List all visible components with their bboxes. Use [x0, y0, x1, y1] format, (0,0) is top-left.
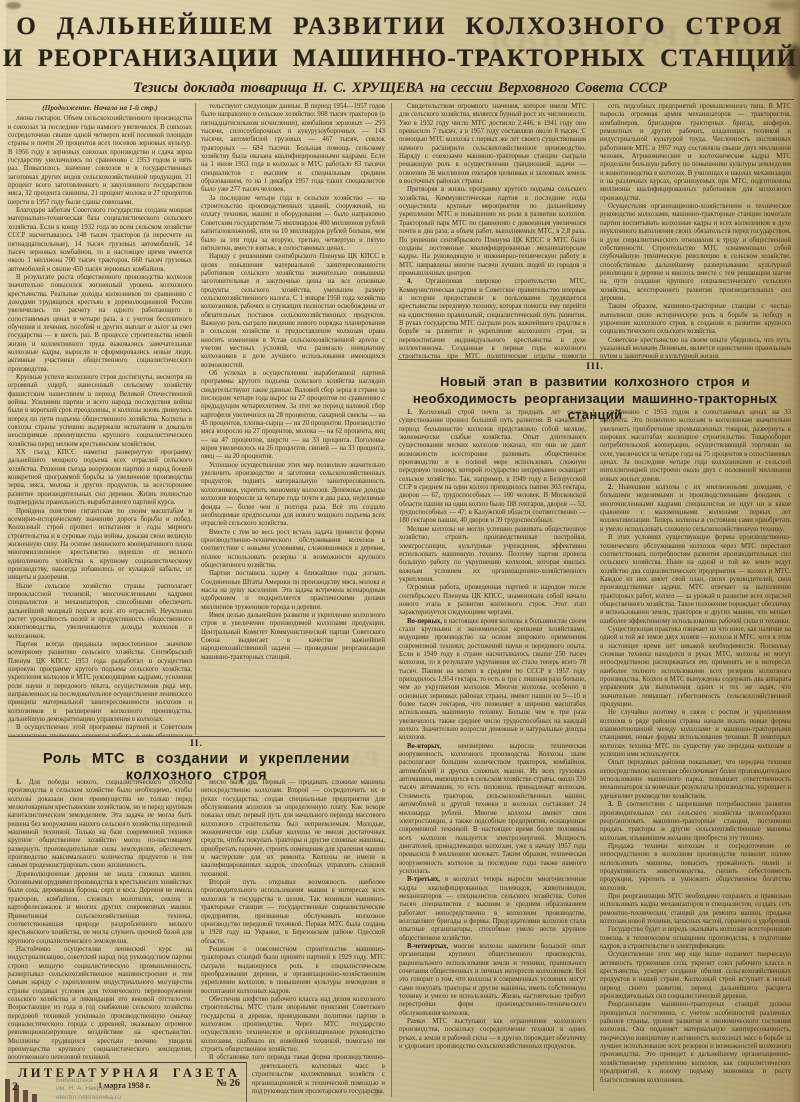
paragraph: деятельность колхозных масс в строительс…	[252, 1063, 385, 1096]
column-rule	[391, 103, 392, 1097]
footer-divider-rule	[246, 1062, 247, 1102]
paragraph: 1. Для победы нового, социалистического …	[8, 779, 192, 871]
paragraph: Огромная работа, проведенная партией и н…	[399, 584, 586, 617]
section-3-rule	[398, 359, 792, 360]
paragraph: Продажа техники колхозам и сосредоточени…	[600, 843, 791, 893]
footer-masthead: ЛИТЕРАТУРНАЯ ГАЗЕТА	[18, 1066, 240, 1081]
paragraph: могло быть два. Первый — продавать сложн…	[201, 779, 385, 879]
paragraph: Благодаря заботам Советского государства…	[8, 207, 192, 274]
scan-edge-light	[0, 0, 6, 1102]
library-stamp-line: Библиотека	[56, 1077, 121, 1085]
paragraph: Осуществление этих мер еще выше поднимет…	[600, 951, 791, 1001]
column-1-bottom: 1. Для победы нового, социалистического …	[8, 779, 192, 1059]
paragraph: Ныне сельское хозяйство страны располага…	[8, 583, 192, 641]
library-stamp-line: им. Н. А. Некрасова	[56, 1085, 121, 1093]
paragraph: Мелкие колхозы не могли успешно развиват…	[399, 526, 586, 584]
paragraph: Пройдена поистине гигантская по своим ма…	[8, 508, 192, 583]
paragraph: Претворяя в жизнь программу крутого подъ…	[399, 186, 586, 278]
paragraph: Успешное осуществление этих мер позволил…	[201, 462, 385, 529]
paragraph: Государство будет и впредь оказывать кол…	[600, 926, 791, 951]
headline-line-1: О ДАЛЬНЕЙШЕМ РАЗВИТИИ КОЛХОЗНОГО СТРОЯ	[0, 13, 800, 41]
column-3-top: Свидетельством огромного значения, котор…	[399, 103, 586, 359]
paragraph: Второй путь открывал возможность наиболе…	[201, 879, 385, 946]
library-stamp: Библиотека им. Н. А. Некрасова electro.n…	[56, 1077, 121, 1102]
column-2-top: тельствуют следующие данные. В период 19…	[201, 103, 385, 736]
paragraph: 3. В соответствии с назревшими потребнос…	[600, 801, 791, 843]
section-3-number: III.	[398, 362, 792, 372]
library-stamp-bars	[5, 1077, 37, 1102]
ink-blemish	[6, 2, 21, 9]
paragraph: В результате роста общественного произво…	[8, 274, 192, 374]
column-rule	[195, 103, 196, 735]
paragraph: Во-первых, в настоящее время колхозы в б…	[399, 618, 586, 743]
column-rule	[195, 779, 196, 1059]
scan-edge-shadow	[791, 0, 800, 1102]
paragraph: Настойчиво осуществляя ленинский курс на…	[8, 946, 192, 1059]
paragraph: Дореволюционная деревня не знала сложных…	[8, 871, 192, 946]
paragraph: 1. Колхозный строй почти за тридцать лет…	[399, 409, 586, 526]
column-rule	[593, 103, 594, 359]
paragraph: 4. Организовав широкое строительство МТС…	[399, 278, 586, 359]
column-3-bottom: 1. Колхозный строй почти за тридцать лет…	[399, 409, 586, 1097]
paragraph: Таким образом, машинно-тракторные станци…	[600, 303, 791, 336]
footer-issue-number: № 26	[216, 1078, 240, 1089]
paragraph: В-третьих, в колхозах теперь выросли мно…	[399, 876, 586, 943]
paragraph: 2. Нынешние колхозы с их миллионными дох…	[600, 484, 791, 534]
column-2-tail: деятельность колхозных масс в строительс…	[252, 1063, 385, 1101]
paragraph: Имея целью дальнейшее развитие и укрепле…	[201, 612, 385, 662]
paragraph: За последние четыре года в сельское хозя…	[201, 195, 385, 253]
paragraph: В-четвертых, многие колхозы накопили бол…	[399, 943, 586, 1018]
paragraph: При реорганизации МТС необходимо сохрани…	[600, 893, 791, 926]
paragraph: В осуществление этой программы партией и…	[8, 724, 192, 736]
article-subtitle: Тезисы доклада товарища Н. С. ХРУЩЕВА на…	[0, 80, 800, 97]
header-rule	[6, 99, 794, 100]
paragraph: Обеспечив шефство рабочего класса над де…	[201, 996, 385, 1054]
paragraph: Вместе с тем во весь рост встала задача …	[201, 529, 385, 571]
paragraph: Во-вторых, неизмеримо выросла техническа…	[399, 743, 586, 877]
paragraph: XX съезд КПСС наметил развернутую програ…	[8, 449, 192, 507]
paragraph: Существующая практика означает не что ин…	[600, 626, 791, 709]
column-rule	[593, 409, 594, 1091]
article-header: О ДАЛЬНЕЙШЕМ РАЗВИТИИ КОЛХОЗНОГО СТРОЯ И…	[0, 13, 800, 97]
paragraph: В обстановке того периода такая форма пр…	[201, 1054, 385, 1060]
paragraph: Опыт передовых районов показывает, что п…	[600, 759, 791, 801]
page-footer: ЛИТЕРАТУРНАЯ ГАЗЕТА 2 1 марта 1958 г. № …	[8, 1062, 246, 1102]
paragraph: Крупные успехи колхозного строя достигну…	[8, 374, 192, 449]
newspaper-page: ЛИТЕРАТУРНАЯ РАЗВИТИИ КОЛХОЗНОГО О ДАЛЬН…	[0, 0, 800, 1102]
column-4-bottom: сравнению с 1953 годом в сопоставимых це…	[600, 409, 791, 1083]
library-stamp-line: electro.nekrasovka.ru	[56, 1094, 121, 1102]
paragraph: Рамки МТС выступают как ограничение колх…	[399, 1018, 586, 1051]
paragraph: Советское крестьянство на своем опыте уб…	[600, 337, 791, 359]
column-2-bottom: могло быть два. Первый — продавать сложн…	[201, 779, 385, 1060]
paragraph: сеть подсобных предприятий промышленного…	[600, 103, 791, 203]
paragraph: (Продолжение. Начало на 1-й стр.)	[8, 104, 192, 112]
section-2-rule	[8, 736, 385, 737]
paragraph: Партия всегда придавала первостепенное з…	[8, 641, 192, 724]
paragraph: Партия поставила задачу в ближайшие годы…	[201, 570, 385, 612]
paragraph: Осуществляя организационно-хозяйственное…	[600, 203, 791, 303]
paragraph: Реорганизация машинно-тракторных станций…	[600, 1001, 791, 1083]
paragraph: Решение о повсеместном строительстве маш…	[201, 946, 385, 996]
paragraph: Свидетельством огромного значения, котор…	[399, 103, 586, 186]
ink-blemish	[768, 0, 798, 10]
column-1-top: (Продолжение. Начало на 1-й стр.)лиона г…	[8, 103, 192, 736]
section-2-number: II.	[8, 739, 385, 749]
paragraph: тельствуют следующие данные. В период 19…	[201, 103, 385, 195]
paragraph: В этих условиях существующие формы произ…	[600, 534, 791, 626]
paragraph: сравнению с 1953 годом в сопоставимых це…	[600, 409, 791, 484]
paragraph: лиона гектаров. Объем сельскохозяйственн…	[8, 115, 192, 207]
paragraph: Об успехах в осуществлении выработанной …	[201, 370, 385, 462]
headline-line-2: И РЕОРГАНИЗАЦИИ МАШИННО-ТРАКТОРНЫХ СТАНЦ…	[0, 45, 800, 73]
paragraph: Наряду с решениями сентябрьского Пленума…	[201, 253, 385, 370]
paragraph: Не случайно поэтому в связи с ростом и у…	[600, 709, 791, 759]
column-4-top: сеть подсобных предприятий промышленного…	[600, 103, 791, 359]
section-2-heading: II. Роль МТС в создании и укреплении кол…	[8, 739, 385, 783]
